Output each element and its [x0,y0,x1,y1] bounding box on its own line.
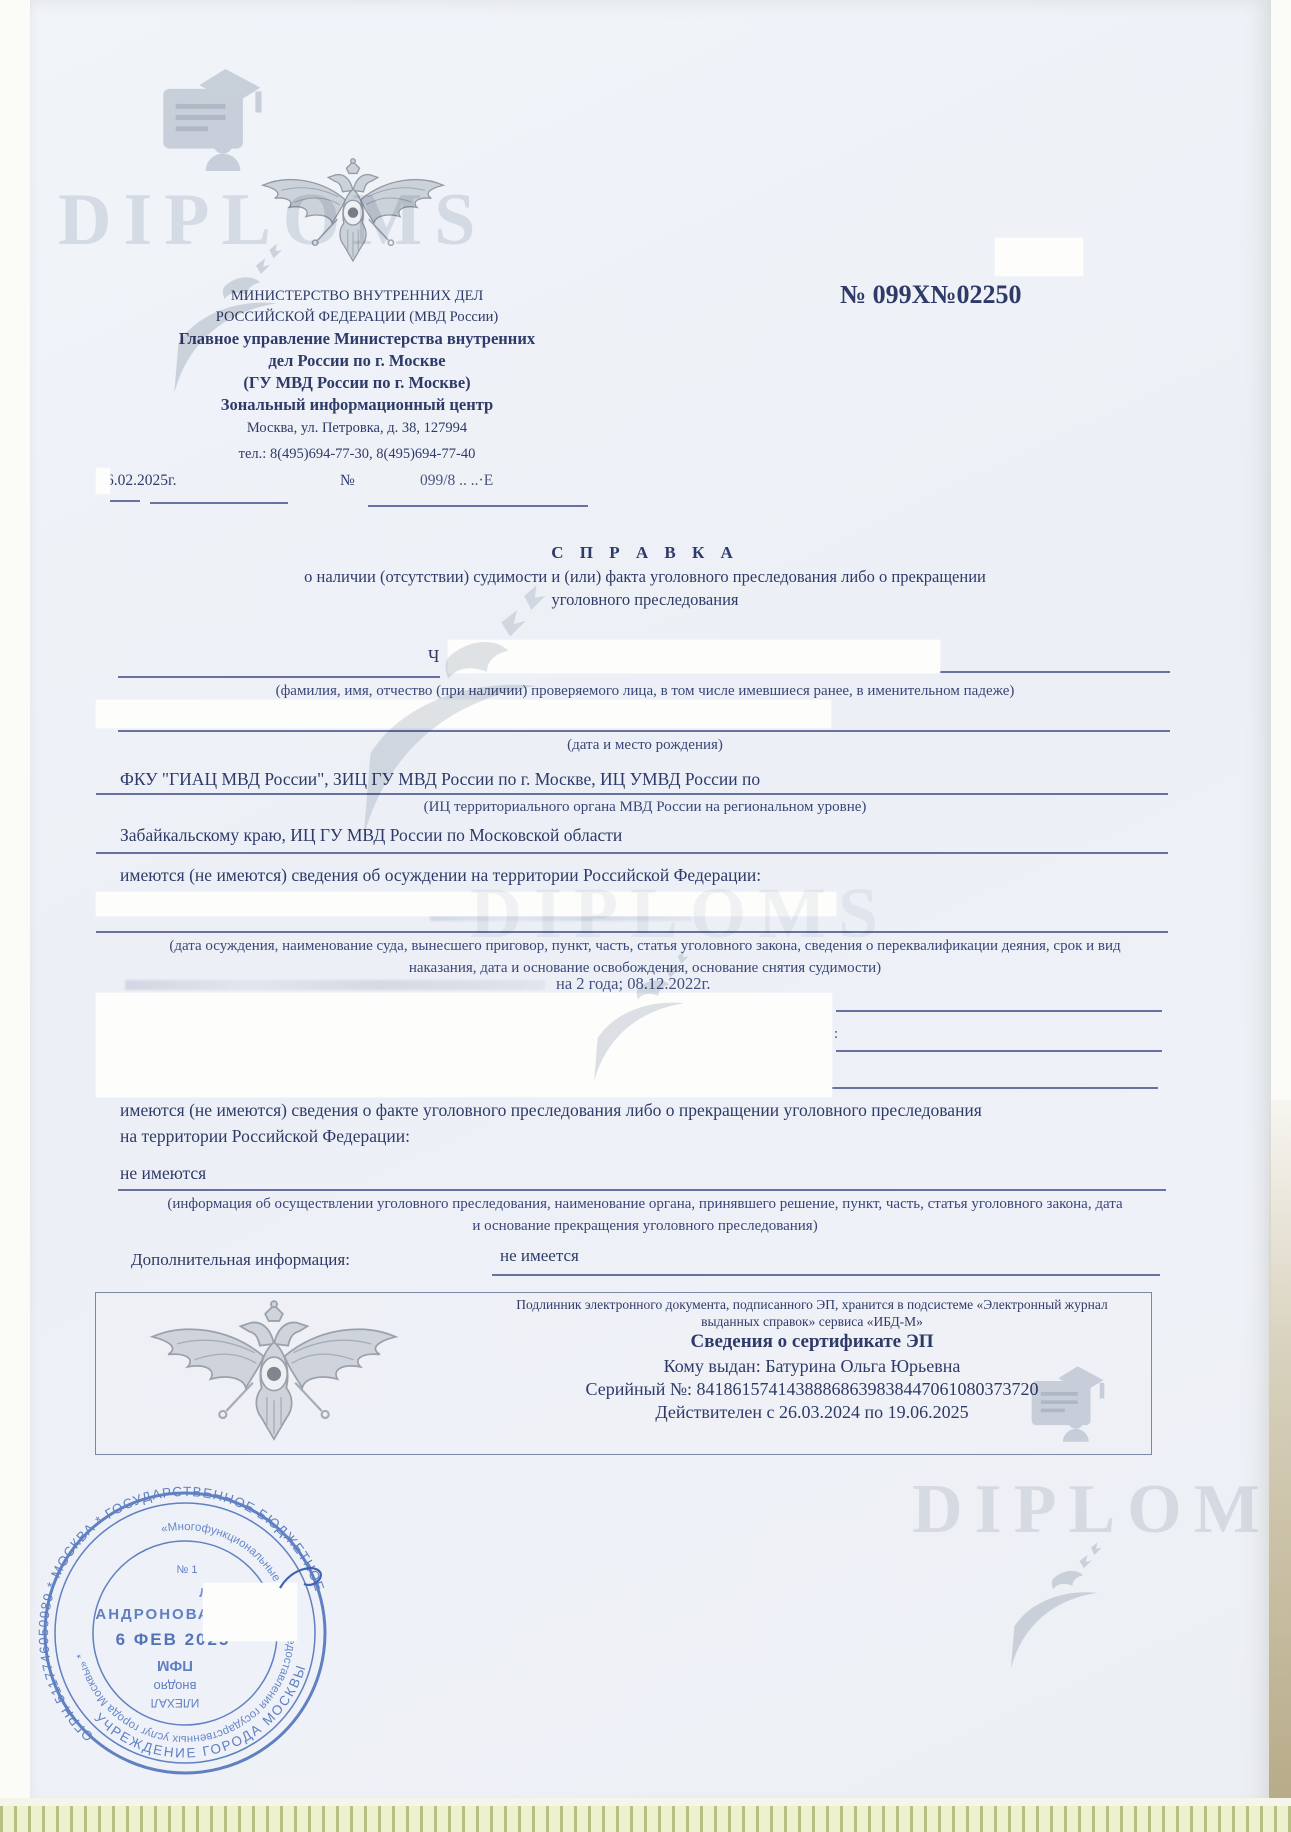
additional-value: не имеется [500,1246,579,1266]
title-sub1: о наличии (отсутствии) судимости и (или)… [304,568,986,587]
org-line-1: ФКУ "ГИАЦ МВД России", ЗИЦ ГУ МВД России… [120,769,760,789]
stamp-rotated-2: внодяо [154,1679,197,1694]
certificate-line-2: выданных справок» сервиса «ИБД-М» [701,1314,923,1330]
prosecution-value: не имеются [120,1163,206,1183]
certificate-title: Сведения о сертификате ЭП [690,1331,933,1353]
header-phones: тел.: 8(495)694-77-30, 8(495)694-77-40 [239,446,476,463]
stamp-name: АНДРОНОВА [95,1606,210,1623]
redacted-sentence-smudge [125,980,545,990]
header-line-6: Зональный информационный центр [221,396,493,415]
scan-edge-right [1269,1100,1291,1832]
redaction-conviction [96,892,836,916]
title-sub2: уголовного преследования [552,591,739,610]
mfc-round-stamp: ОГРН 5117746050989 * МОСКВА * ГОСУДАРСТВ… [25,1473,345,1803]
caption-prosecution-2: и основание прекращения уголовного пресл… [472,1218,817,1235]
caption-conviction-2: наказания, дата и основание освобождения… [409,960,881,977]
additional-label: Дополнительная информация: [131,1250,350,1270]
certificate-line-1: Подлинник электронного документа, подпис… [516,1297,1107,1313]
conviction-rule [96,931,1168,933]
conviction-line: имеются (не имеются) сведения об осужден… [120,865,761,885]
header-address: Москва, ул. Петровка, д. 38, 127994 [247,420,467,437]
sentence-rule-2 [836,1050,1162,1052]
pen-squiggle [270,1558,330,1598]
caption-birth: (дата и место рождения) [567,737,723,754]
redaction-sentence-block [96,993,832,1097]
redacted-sentence-fragment: на 2 года; 08.12.2022г. [556,975,711,994]
certificate-eagle-emblem [138,1298,410,1448]
ref-date: 6.02.2025г. [106,472,176,490]
person-name-fragment: Ч [428,646,439,666]
birth-rule [118,730,1170,732]
ref-no-label: № [340,472,355,490]
document-number: № 099Х№02250 [840,280,1022,310]
caption-name: (фамилия, имя, отчество (при наличии) пр… [276,683,1015,700]
header-line-2: РОССИЙСКОЙ ФЕДЕРАЦИИ (МВД России) [216,309,498,326]
sentence-rule-3 [820,1087,1158,1089]
redaction-ref-date [96,468,110,494]
additional-rule [492,1274,1160,1276]
certificate-validity: Действителен с 26.03.2024 по 19.06.2025 [655,1402,968,1423]
caption-prosecution-1: (информация об осуществлении уголовного … [167,1196,1122,1213]
redaction-top-right [995,238,1083,276]
stamp-number: № 1 [177,1564,198,1576]
mvd-eagle-emblem [255,138,451,286]
prosecution-line-2: на территории Российской Федерации: [120,1126,410,1146]
header-line-4: дел России по г. Москве [268,352,445,371]
header-line-1: МИНИСТЕРСТВО ВНУТРЕННИХ ДЕЛ [231,288,483,305]
caption-org: (ИЦ территориального органа МВД России н… [424,799,867,816]
header-line-5: (ГУ МВД России по г. Москве) [243,374,470,393]
fragment-colon: : [834,1026,838,1043]
ref-rule-number [368,505,588,507]
certificate-issued-to: Кому выдан: Батурина Ольга Юрьевна [664,1356,961,1377]
org-rule-2 [96,852,1168,854]
caption-conviction-1: (дата осуждения, наименование суда, выне… [169,938,1120,955]
sentence-rule-1 [836,1010,1162,1012]
prosecution-line-1: имеются (не имеются) сведения о факте уг… [120,1100,982,1120]
scanned-certificate-page: DIPLOMS DIPLOMS DIPLOMS МИНИСТЕРСТВО ВНУ… [0,0,1291,1832]
header-line-3: Главное управление Министерства внутренн… [179,330,535,349]
ref-rule-date [150,502,288,504]
ref-number: 099/8 .. ..·Е [420,472,493,490]
title-main: С П Р А В К А [551,543,739,563]
stamp-rotated-3: ПФМ [157,1657,193,1674]
scan-paper-bottom-edge [0,1798,1291,1806]
org-rule-1 [96,793,1168,795]
org-line-2: Забайкальскому краю, ИЦ ГУ МВД России по… [120,825,622,845]
scan-edge-bottom [0,1806,1291,1832]
name-rule-left [118,676,440,678]
redaction-name [448,640,940,673]
prosecution-rule [118,1189,1166,1191]
redaction-birth [96,700,831,728]
stamp-rotated-1: ИЛЕХАЛ [151,1696,200,1710]
ref-rule-stub [110,500,140,502]
certificate-serial: Серийный №: 8418615741438886863983844706… [585,1379,1038,1400]
